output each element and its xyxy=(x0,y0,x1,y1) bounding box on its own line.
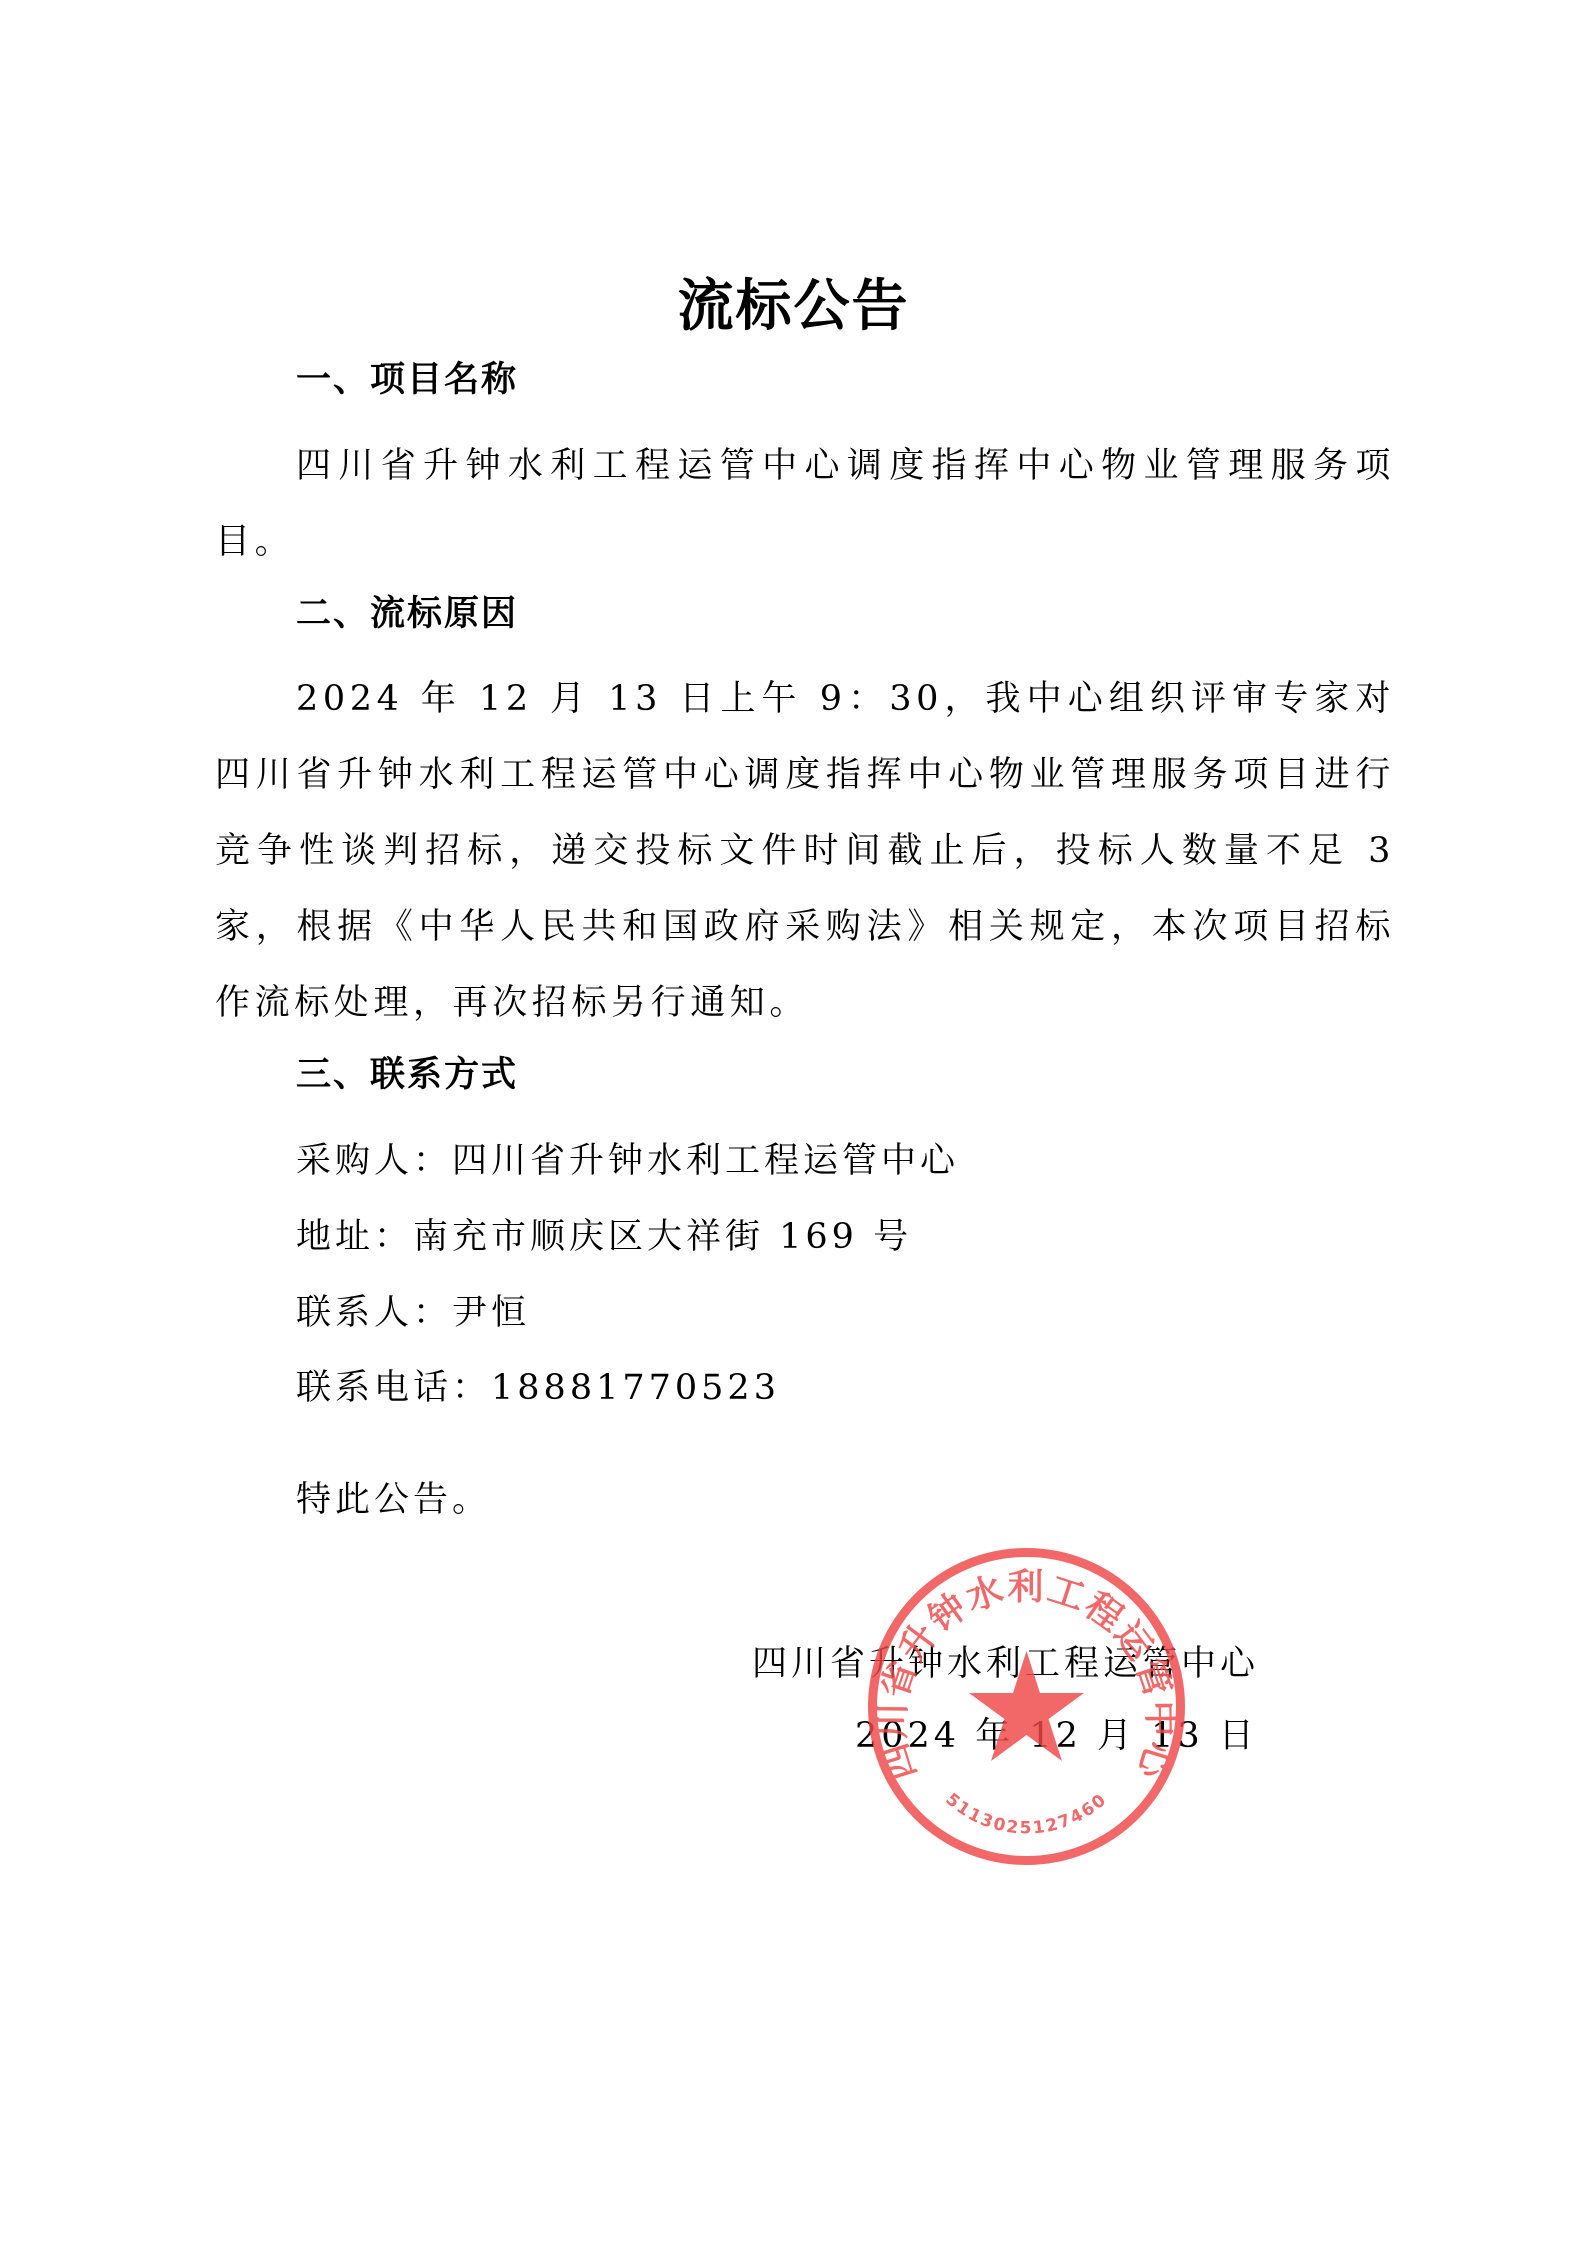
page-title: 流标公告 xyxy=(0,262,1587,342)
section-body-project-name: 四川省升钟水利工程运管中心调度指挥中心物业管理服务项目。 xyxy=(215,428,1395,580)
contact-address-label: 地址： xyxy=(296,1217,413,1257)
contact-phone-label: 联系电话： xyxy=(296,1368,491,1408)
section-heading-project-name: 一、项目名称 xyxy=(296,352,518,402)
closing-statement: 特此公告。 xyxy=(296,1472,491,1522)
signature-date: 2024 年 12 月 13 日 xyxy=(855,1708,1258,1758)
signature-organization: 四川省升钟水利工程运管中心 xyxy=(752,1636,1259,1686)
contact-person-label: 联系人： xyxy=(296,1293,452,1333)
official-seal-stamp: 四川省升钟水利工程运管中心 5113025127460 xyxy=(865,1545,1188,1868)
contact-purchaser: 采购人：四川省升钟水利工程运管中心 xyxy=(296,1133,959,1183)
section-body-failure-reason: 2024 年 12 月 13 日上午 9：30，我中心组织评审专家对四川省升钟水… xyxy=(215,661,1395,1041)
stamp-code: 5113025127460 xyxy=(942,1789,1112,1838)
contact-address: 地址：南充市顺庆区大祥街 169 号 xyxy=(296,1209,912,1259)
contact-person-value: 尹恒 xyxy=(452,1293,530,1333)
contact-purchaser-label: 采购人： xyxy=(296,1141,452,1181)
section-heading-contact: 三、联系方式 xyxy=(296,1047,518,1097)
document-page: 流标公告 一、项目名称 四川省升钟水利工程运管中心调度指挥中心物业管理服务项目。… xyxy=(0,0,1587,2245)
contact-person: 联系人：尹恒 xyxy=(296,1285,530,1335)
contact-phone: 联系电话：18881770523 xyxy=(296,1360,780,1410)
contact-purchaser-value: 四川省升钟水利工程运管中心 xyxy=(452,1141,959,1181)
contact-phone-value: 18881770523 xyxy=(491,1368,780,1408)
section-heading-failure-reason: 二、流标原因 xyxy=(296,586,518,636)
contact-address-value: 南充市顺庆区大祥街 169 号 xyxy=(413,1217,912,1257)
